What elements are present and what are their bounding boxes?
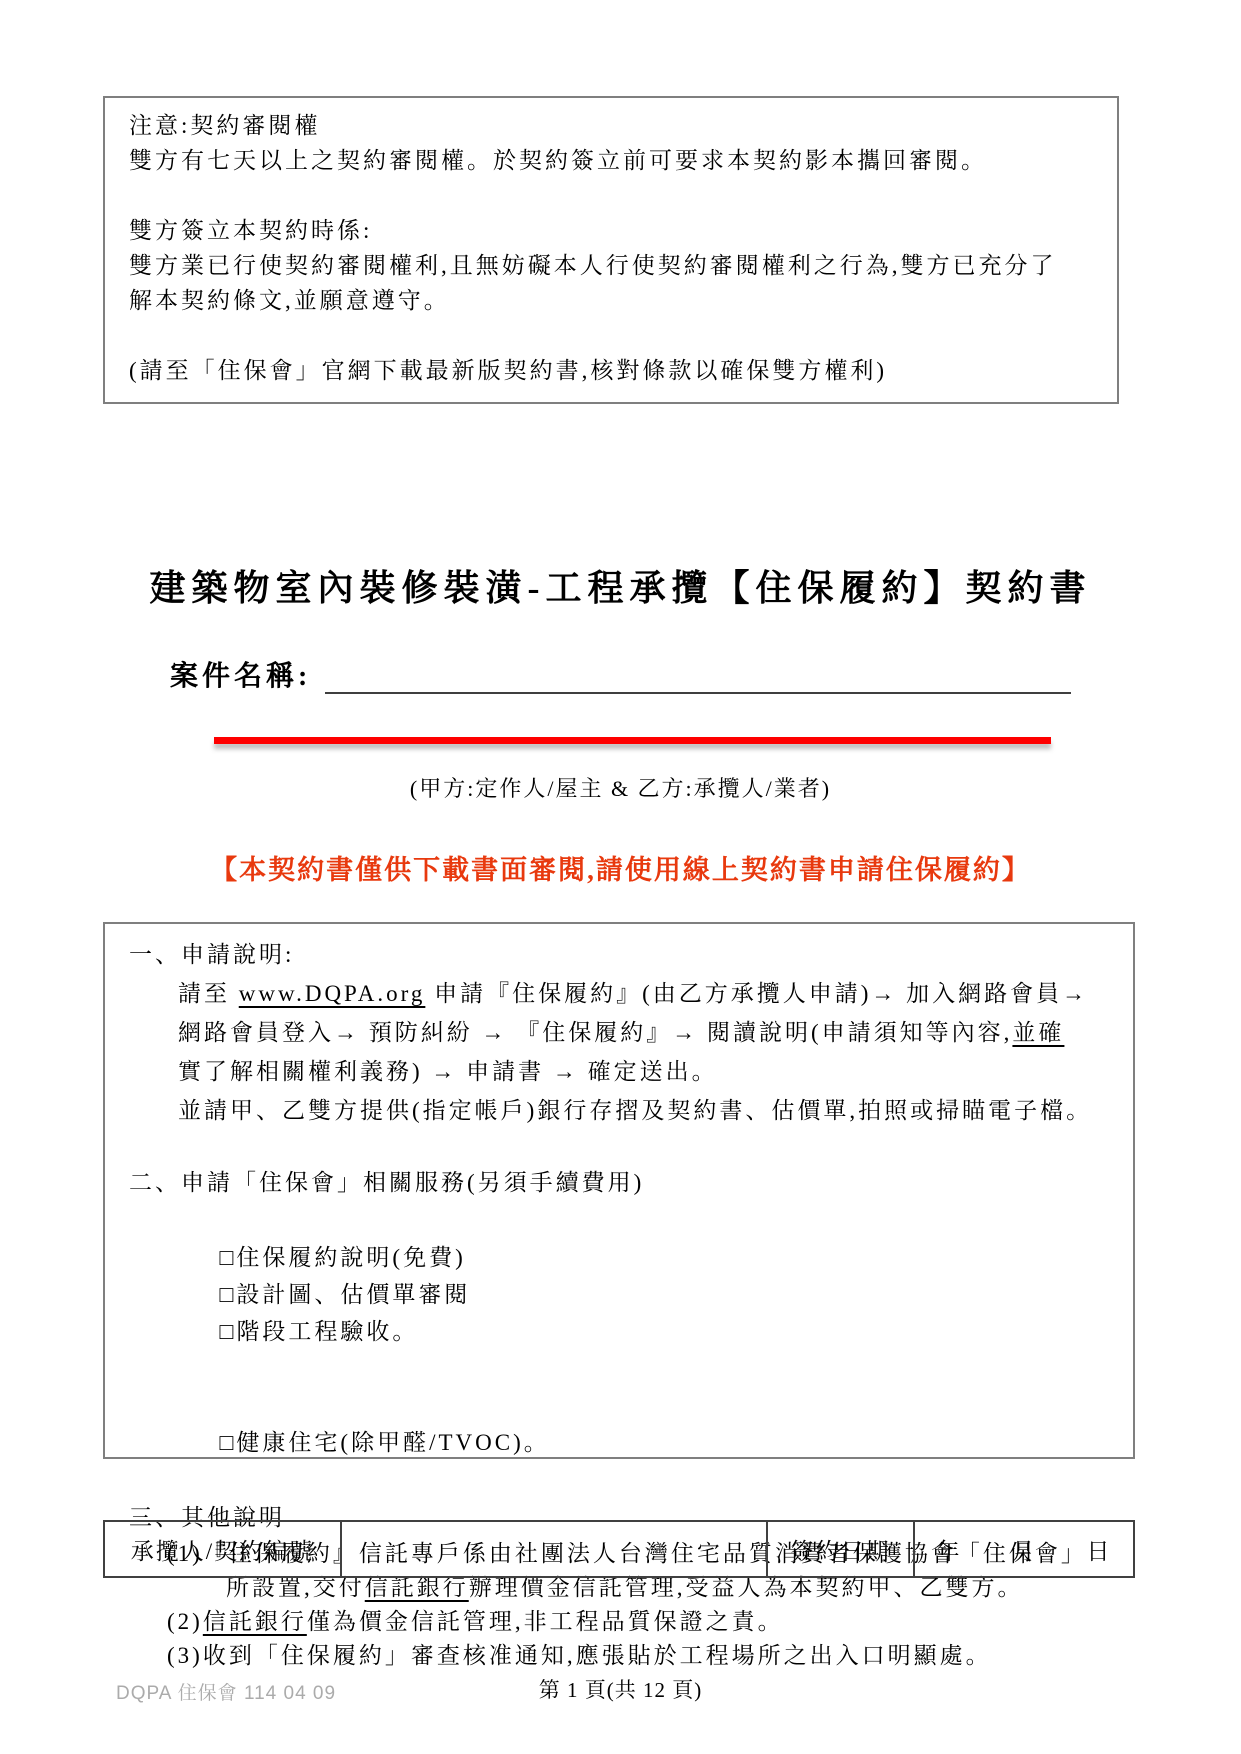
- checkbox-label: 住保履約說明(免費): [236, 1245, 465, 1270]
- text-run: 所設置,交付: [226, 1575, 365, 1600]
- contractor-number-label: 承攬人/契約編號: [105, 1522, 342, 1576]
- case-name-blank-field[interactable]: [325, 652, 1071, 694]
- checkbox-icon[interactable]: □: [220, 1282, 237, 1307]
- section2-checkbox-row: □住保履約說明(免費) □設計圖、估價單審閱 □階段工程驗收。: [167, 1202, 1119, 1387]
- section1-line: 網路會員登入→ 預防糾紛 → 『住保履約』→ 閱讀說明(申請須知等內容,並確: [178, 1013, 1119, 1052]
- sign-date-blank-field[interactable]: 年 月 日: [915, 1522, 1133, 1576]
- notice-line: 雙方有七天以上之契約審閱權。於契約簽立前可要求本契約影本攜回審閱。: [129, 143, 1093, 178]
- checkbox-icon[interactable]: □: [220, 1319, 237, 1344]
- contractor-number-blank-field[interactable]: [342, 1522, 768, 1576]
- notice-line: 雙方簽立本契約時係:: [129, 213, 1093, 248]
- notice-line: 解本契約條文,並願意遵守。: [129, 283, 1093, 318]
- notice-download-hint: (請至「住保會」官網下載最新版契約書,核對條款以確保雙方權利): [129, 353, 1093, 388]
- underlined-text: 信託銀行: [365, 1575, 469, 1600]
- section1-line: 請至 www.DQPA.org 申請『住保履約』(由乙方承攬人申請)→ 加入網路…: [178, 974, 1119, 1013]
- checkbox-item-fulfillment-briefing: □住保履約說明(免費): [220, 1245, 466, 1270]
- text-run: (2): [167, 1609, 203, 1634]
- spacer: [129, 1130, 1119, 1163]
- footer-page-number: 第 1 頁(共 12 頁): [0, 1674, 1241, 1704]
- checkbox-label: 階段工程驗收。: [236, 1319, 418, 1344]
- section2-checkbox-row: □健康住宅(除甲醛/TVOC)。: [167, 1387, 1119, 1498]
- section3-item: (3)收到「住保履約」審查核准通知,應張貼於工程場所之出入口明顯處。: [167, 1639, 1119, 1673]
- text-run: 申請『住保履約』(由乙方承攬人申請)→ 加入網路會員→: [425, 981, 1088, 1006]
- section3-item: (2)信託銀行僅為價金信託管理,非工程品質保證之責。: [167, 1605, 1119, 1639]
- section1-heading: 一、申請說明:: [129, 935, 1119, 974]
- checkbox-label: 健康住宅(除甲醛/TVOC)。: [236, 1430, 549, 1455]
- underlined-text: 信託銀行: [203, 1609, 307, 1634]
- document-title: 建築物室內裝修裝潢-工程承攬【住保履約】契約書: [0, 560, 1241, 611]
- checkbox-icon[interactable]: □: [220, 1430, 237, 1455]
- case-name-label: 案件名稱:: [170, 654, 311, 694]
- text-run: 辦理價金信託管理,受益人為本契約甲、乙雙方。: [469, 1575, 1024, 1600]
- contract-page: 注意:契約審閱權 雙方有七天以上之契約審閱權。於契約簽立前可要求本契約影本攜回審…: [0, 0, 1241, 1754]
- online-contract-notice: 【本契約書僅供下載書面審閱,請使用線上契約書申請住保履約】: [0, 848, 1241, 887]
- section1-line: 並請甲、乙雙方提供(指定帳戶)銀行存摺及契約書、估價單,拍照或掃瞄電子檔。: [178, 1091, 1119, 1130]
- checkbox-item-healthy-house: □健康住宅(除甲醛/TVOC)。: [220, 1430, 550, 1455]
- red-divider-line: [214, 737, 1051, 744]
- text-run: 網路會員登入→ 預防糾紛 → 『住保履約』→ 閱讀說明(申請須知等內容,: [178, 1020, 1012, 1045]
- section2-heading: 二、申請「住保會」相關服務(另須手續費用): [129, 1163, 1119, 1202]
- case-name-row: 案件名稱:: [170, 652, 1071, 694]
- checkbox-item-stage-inspection: □階段工程驗收。: [220, 1319, 419, 1344]
- text-run: 僅為價金信託管理,非工程品質保證之責。: [307, 1609, 784, 1634]
- checkbox-label: 設計圖、估價單審閱: [236, 1282, 470, 1307]
- section1-line: 實了解相關權利義務) → 申請書 → 確定送出。: [178, 1052, 1119, 1091]
- spacer: [129, 318, 1093, 353]
- parties-line: (甲方:定作人/屋主 & 乙方:承攬人/業者): [0, 772, 1241, 803]
- text-run: 請至: [178, 981, 239, 1006]
- spacer: [129, 178, 1093, 213]
- dqpa-website-link[interactable]: www.DQPA.org: [239, 981, 426, 1006]
- instructions-box: 一、申請說明: 請至 www.DQPA.org 申請『住保履約』(由乙方承攬人申…: [103, 922, 1135, 1459]
- notice-heading: 注意:契約審閱權: [129, 108, 1093, 143]
- checkbox-icon[interactable]: □: [220, 1245, 237, 1270]
- signature-table: 承攬人/契約編號 簽約日期 年 月 日: [103, 1520, 1135, 1578]
- checkbox-item-design-quote-review: □設計圖、估價單審閱: [220, 1282, 471, 1307]
- review-rights-notice-box: 注意:契約審閱權 雙方有七天以上之契約審閱權。於契約簽立前可要求本契約影本攜回審…: [103, 96, 1119, 404]
- notice-line: 雙方業已行使契約審閱權利,且無妨礙本人行使契約審閱權利之行為,雙方已充分了: [129, 248, 1093, 283]
- underlined-text: 並確: [1012, 1020, 1064, 1045]
- sign-date-label: 簽約日期: [768, 1522, 915, 1576]
